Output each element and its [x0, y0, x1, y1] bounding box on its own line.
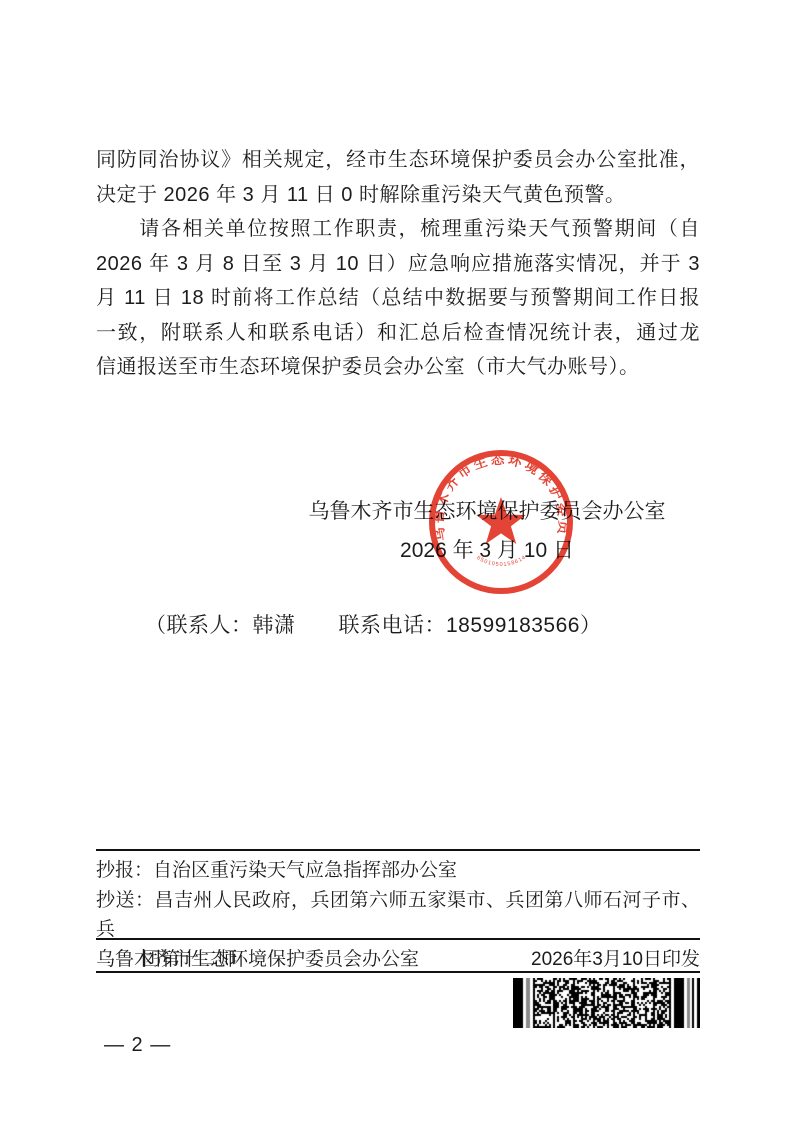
divider: [96, 849, 700, 851]
body-line: 一致，附联系人和联系电话）和汇总后检查情况统计表，通过龙: [96, 316, 700, 351]
page-number: — 2 —: [104, 1034, 171, 1057]
body-line: 2026 年 3 月 8 日至 3 月 10 日）应急响应措施落实情况，并于 3: [96, 247, 700, 282]
body-line: 同防同治协议》相关规定，经市生态环境保护委员会办公室批准，: [96, 143, 700, 178]
body-line: 月 11 日 18 时前将工作总结（总结中数据要与预警期间工作日报: [96, 281, 700, 316]
body-text: 同防同治协议》相关规定，经市生态环境保护委员会办公室批准， 决定于 2026 年…: [96, 143, 700, 385]
contact-line: （联系人：韩潇 联系电话：18599183566）: [145, 609, 665, 639]
body-line: 请各相关单位按照工作职责，梳理重污染天气预警期间（自: [96, 212, 700, 247]
svg-text:6501050158614: 6501050158614: [476, 554, 528, 567]
document-page: 同防同治协议》相关规定，经市生态环境保护委员会办公室批准， 决定于 2026 年…: [0, 0, 793, 1122]
star-icon: [476, 497, 525, 544]
seal-code: 6501050158614: [476, 554, 528, 567]
cc-send-line: 抄送：昌吉州人民政府，兵团第六师五家渠市、兵团第八师石河子市、兵: [96, 886, 700, 945]
body-line: 决定于 2026 年 3 月 11 日 0 时解除重污染天气黄色预警。: [96, 178, 700, 213]
publisher-name: 乌鲁木齐市生态环境保护委员会办公室: [96, 944, 419, 971]
cc-report-line: 抄报：自治区重污染天气应急指挥部办公室: [96, 856, 700, 886]
barcode: [513, 978, 700, 1028]
issue-date: 2026年3月10日印发: [531, 944, 700, 971]
official-seal-stamp-icon: 乌鲁木齐市生态环境保护委员会 6501050158614: [426, 447, 576, 597]
body-line: 信通报送至市生态环境保护委员会办公室（市大气办账号）。: [96, 350, 700, 385]
publisher-row: 乌鲁木齐市生态环境保护委员会办公室 2026年3月10日印发: [96, 944, 700, 971]
